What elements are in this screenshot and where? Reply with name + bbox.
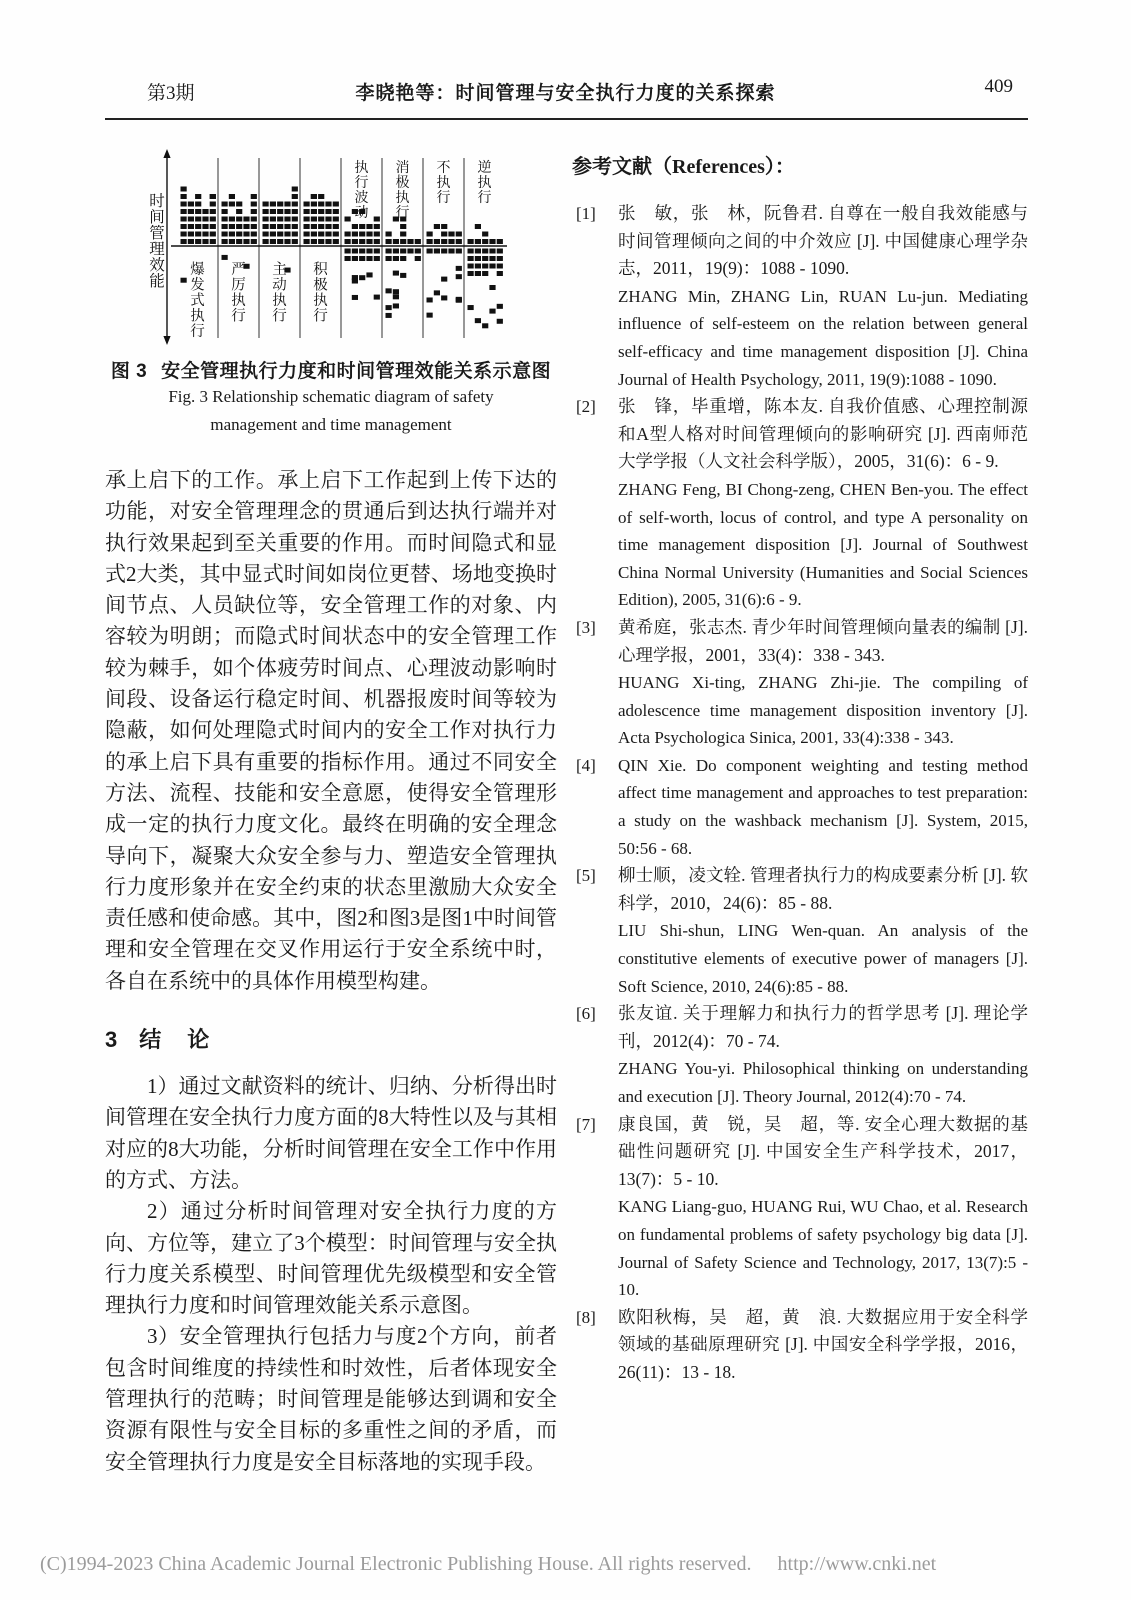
- svg-text:行: 行: [231, 308, 246, 325]
- svg-text:动: 动: [272, 277, 287, 294]
- header-page-number: 409: [985, 76, 1014, 98]
- references-list: [1]张 敏，张 林，阮鲁君. 自尊在一般自我效能感与时间管理倾向之间的中介效应…: [572, 200, 1028, 1387]
- figure3-caption-zh-text: 安全管理执行力度和时间管理效能关系示意图: [161, 361, 551, 382]
- svg-text:消: 消: [396, 159, 410, 176]
- figure3-caption-en-line1: Fig. 3 Relationship schematic diagram of…: [105, 383, 557, 411]
- reference-number: [3]: [576, 614, 596, 642]
- svg-text:波: 波: [355, 190, 369, 206]
- reference-item: [3]黄希庭，张志杰. 青少年时间管理倾向量表的编制 [J]. 心理学报，200…: [572, 614, 1028, 752]
- reference-text-zh: 柳士顺，凌文辁. 管理者执行力的构成要素分析 [J]. 软科学，2010，24(…: [618, 862, 1028, 917]
- reference-item: [6]张友谊. 关于理解力和执行力的哲学思考 [J]. 理论学刊，2012(4)…: [572, 1000, 1028, 1110]
- svg-text:间: 间: [149, 208, 165, 226]
- svg-text:爆: 爆: [190, 261, 205, 278]
- svg-text:执: 执: [355, 159, 369, 176]
- svg-text:严: 严: [231, 261, 246, 278]
- header-rule: [105, 118, 1028, 120]
- svg-text:执: 执: [437, 174, 451, 191]
- footer-copyright: (C)1994-2023 China Academic Journal Elec…: [40, 1553, 752, 1575]
- reference-text-en: HUANG Xi-ting, ZHANG Zhi-jie. The compil…: [618, 669, 1028, 752]
- footer-url: http://www.cnki.net: [778, 1553, 937, 1575]
- svg-text:厉: 厉: [231, 277, 246, 294]
- page: 第3期 李晓艳等：时间管理与安全执行力度的关系探索 409 时间管理效能爆发式执…: [0, 0, 1131, 1600]
- conclusion-point-1: 1）通过文献资料的统计、归纳、分析得出时间管理在安全执行力度方面的8大特性以及与…: [105, 1071, 557, 1196]
- svg-text:积: 积: [313, 261, 328, 278]
- figure3-caption: 图 3安全管理执行力度和时间管理效能关系示意图 Fig. 3 Relations…: [105, 356, 557, 439]
- svg-text:效: 效: [149, 256, 165, 274]
- svg-text:行: 行: [437, 190, 451, 206]
- reference-number: [4]: [576, 752, 596, 780]
- reference-text-en: ZHANG Feng, BI Chong-zeng, CHEN Ben-you.…: [618, 476, 1028, 614]
- svg-text:执: 执: [396, 189, 410, 206]
- svg-text:时: 时: [149, 192, 165, 210]
- conclusion-point-2: 2）通过分析时间管理对安全执行力度的方向、方位等，建立了3个模型：时间管理与安全…: [105, 1196, 557, 1321]
- reference-text-en: QIN Xie. Do component weighting and test…: [618, 752, 1028, 862]
- svg-text:能: 能: [149, 272, 165, 290]
- reference-item: [8]欧阳秋梅，吴 超，黄 浪. 大数据应用于安全科学领域的基础原理研究 [J]…: [572, 1304, 1028, 1387]
- svg-text:极: 极: [313, 276, 328, 294]
- svg-text:理: 理: [149, 240, 165, 258]
- svg-text:主: 主: [272, 261, 287, 278]
- reference-text-zh: 张友谊. 关于理解力和执行力的哲学思考 [J]. 理论学刊，2012(4)：70…: [618, 1000, 1028, 1055]
- reference-text-en: ZHANG Min, ZHANG Lin, RUAN Lu-jun. Media…: [618, 283, 1028, 393]
- figure3-label: 图 3: [111, 361, 147, 382]
- svg-text:行: 行: [355, 175, 369, 191]
- reference-text-zh: 康良国，黄 锐，吴 超，等. 安全心理大数据的基础性问题研究 [J]. 中国安全…: [618, 1111, 1028, 1194]
- reference-text-en: KANG Liang-guo, HUANG Rui, WU Chao, et a…: [618, 1193, 1028, 1303]
- reference-number: [7]: [576, 1111, 596, 1139]
- svg-text:不: 不: [437, 160, 451, 176]
- figure3-chart: 时间管理效能爆发式执行严厉执行主动执行积极执行执行波动消极执行不执行逆执行: [137, 142, 567, 352]
- section-number: 3: [105, 1027, 117, 1052]
- section-title: 结 论: [139, 1027, 211, 1052]
- svg-text:式: 式: [190, 292, 205, 309]
- reference-number: [2]: [576, 393, 596, 421]
- svg-text:执: 执: [478, 174, 492, 191]
- reference-number: [5]: [576, 862, 596, 890]
- reference-number: [1]: [576, 200, 596, 228]
- references-section: 参考文献（References）： [1]张 敏，张 林，阮鲁君. 自尊在一般自…: [572, 150, 1028, 1387]
- conclusion-point-3: 3）安全管理执行包括力与度2个方向，前者包含时间维度的持续性和时效性，后者体现安…: [105, 1321, 557, 1477]
- svg-text:执: 执: [231, 292, 246, 309]
- reference-text-en: LIU Shi-shun, LING Wen-quan. An analysis…: [618, 917, 1028, 1000]
- svg-text:行: 行: [313, 308, 328, 325]
- svg-text:行: 行: [478, 190, 492, 206]
- header-running-title: 李晓艳等：时间管理与安全执行力度的关系探索: [0, 78, 1131, 105]
- reference-number: [8]: [576, 1304, 596, 1332]
- svg-text:逆: 逆: [478, 160, 492, 176]
- reference-item: [4]QIN Xie. Do component weighting and t…: [572, 752, 1028, 862]
- figure3-caption-zh: 图 3安全管理执行力度和时间管理效能关系示意图: [105, 356, 557, 383]
- reference-text-en: ZHANG You-yi. Philosophical thinking on …: [618, 1055, 1028, 1110]
- figure3: 时间管理效能爆发式执行严厉执行主动执行积极执行执行波动消极执行不执行逆执行 图 …: [105, 142, 557, 439]
- svg-text:管: 管: [149, 224, 165, 242]
- reference-text-zh: 张 敏，张 林，阮鲁君. 自尊在一般自我效能感与时间管理倾向之间的中介效应 [J…: [618, 200, 1028, 283]
- reference-item: [7]康良国，黄 锐，吴 超，等. 安全心理大数据的基础性问题研究 [J]. 中…: [572, 1111, 1028, 1304]
- references-heading: 参考文献（References）：: [572, 150, 1028, 179]
- svg-text:行: 行: [396, 205, 410, 221]
- body-paragraph: 承上启下的工作。承上启下工作起到上传下达的功能，对安全管理理念的贯通后到达执行端…: [105, 465, 557, 997]
- svg-text:发: 发: [190, 277, 205, 294]
- reference-item: [5]柳士顺，凌文辁. 管理者执行力的构成要素分析 [J]. 软科学，2010，…: [572, 862, 1028, 1000]
- svg-text:执: 执: [313, 292, 328, 309]
- left-column: 时间管理效能爆发式执行严厉执行主动执行积极执行执行波动消极执行不执行逆执行 图 …: [105, 142, 557, 1478]
- svg-text:行: 行: [190, 323, 205, 340]
- reference-item: [1]张 敏，张 林，阮鲁君. 自尊在一般自我效能感与时间管理倾向之间的中介效应…: [572, 200, 1028, 393]
- section-heading-conclusion: 3结 论: [105, 1023, 557, 1054]
- reference-text-zh: 欧阳秋梅，吴 超，黄 浪. 大数据应用于安全科学领域的基础原理研究 [J]. 中…: [618, 1304, 1028, 1387]
- reference-number: [6]: [576, 1000, 596, 1028]
- svg-text:极: 极: [396, 174, 410, 191]
- svg-text:执: 执: [190, 308, 205, 325]
- page-footer: (C)1994-2023 China Academic Journal Elec…: [40, 1553, 936, 1576]
- figure3-caption-en-line2: management and time management: [105, 411, 557, 439]
- reference-text-zh: 张 锋，毕重增，陈本友. 自我价值感、心理控制源和A型人格对时间管理倾向的影响研…: [618, 393, 1028, 476]
- svg-text:动: 动: [355, 204, 369, 221]
- reference-text-zh: 黄希庭，张志杰. 青少年时间管理倾向量表的编制 [J]. 心理学报，2001，3…: [618, 614, 1028, 669]
- svg-text:行: 行: [272, 308, 287, 325]
- svg-text:执: 执: [272, 292, 287, 309]
- reference-item: [2]张 锋，毕重增，陈本友. 自我价值感、心理控制源和A型人格对时间管理倾向的…: [572, 393, 1028, 614]
